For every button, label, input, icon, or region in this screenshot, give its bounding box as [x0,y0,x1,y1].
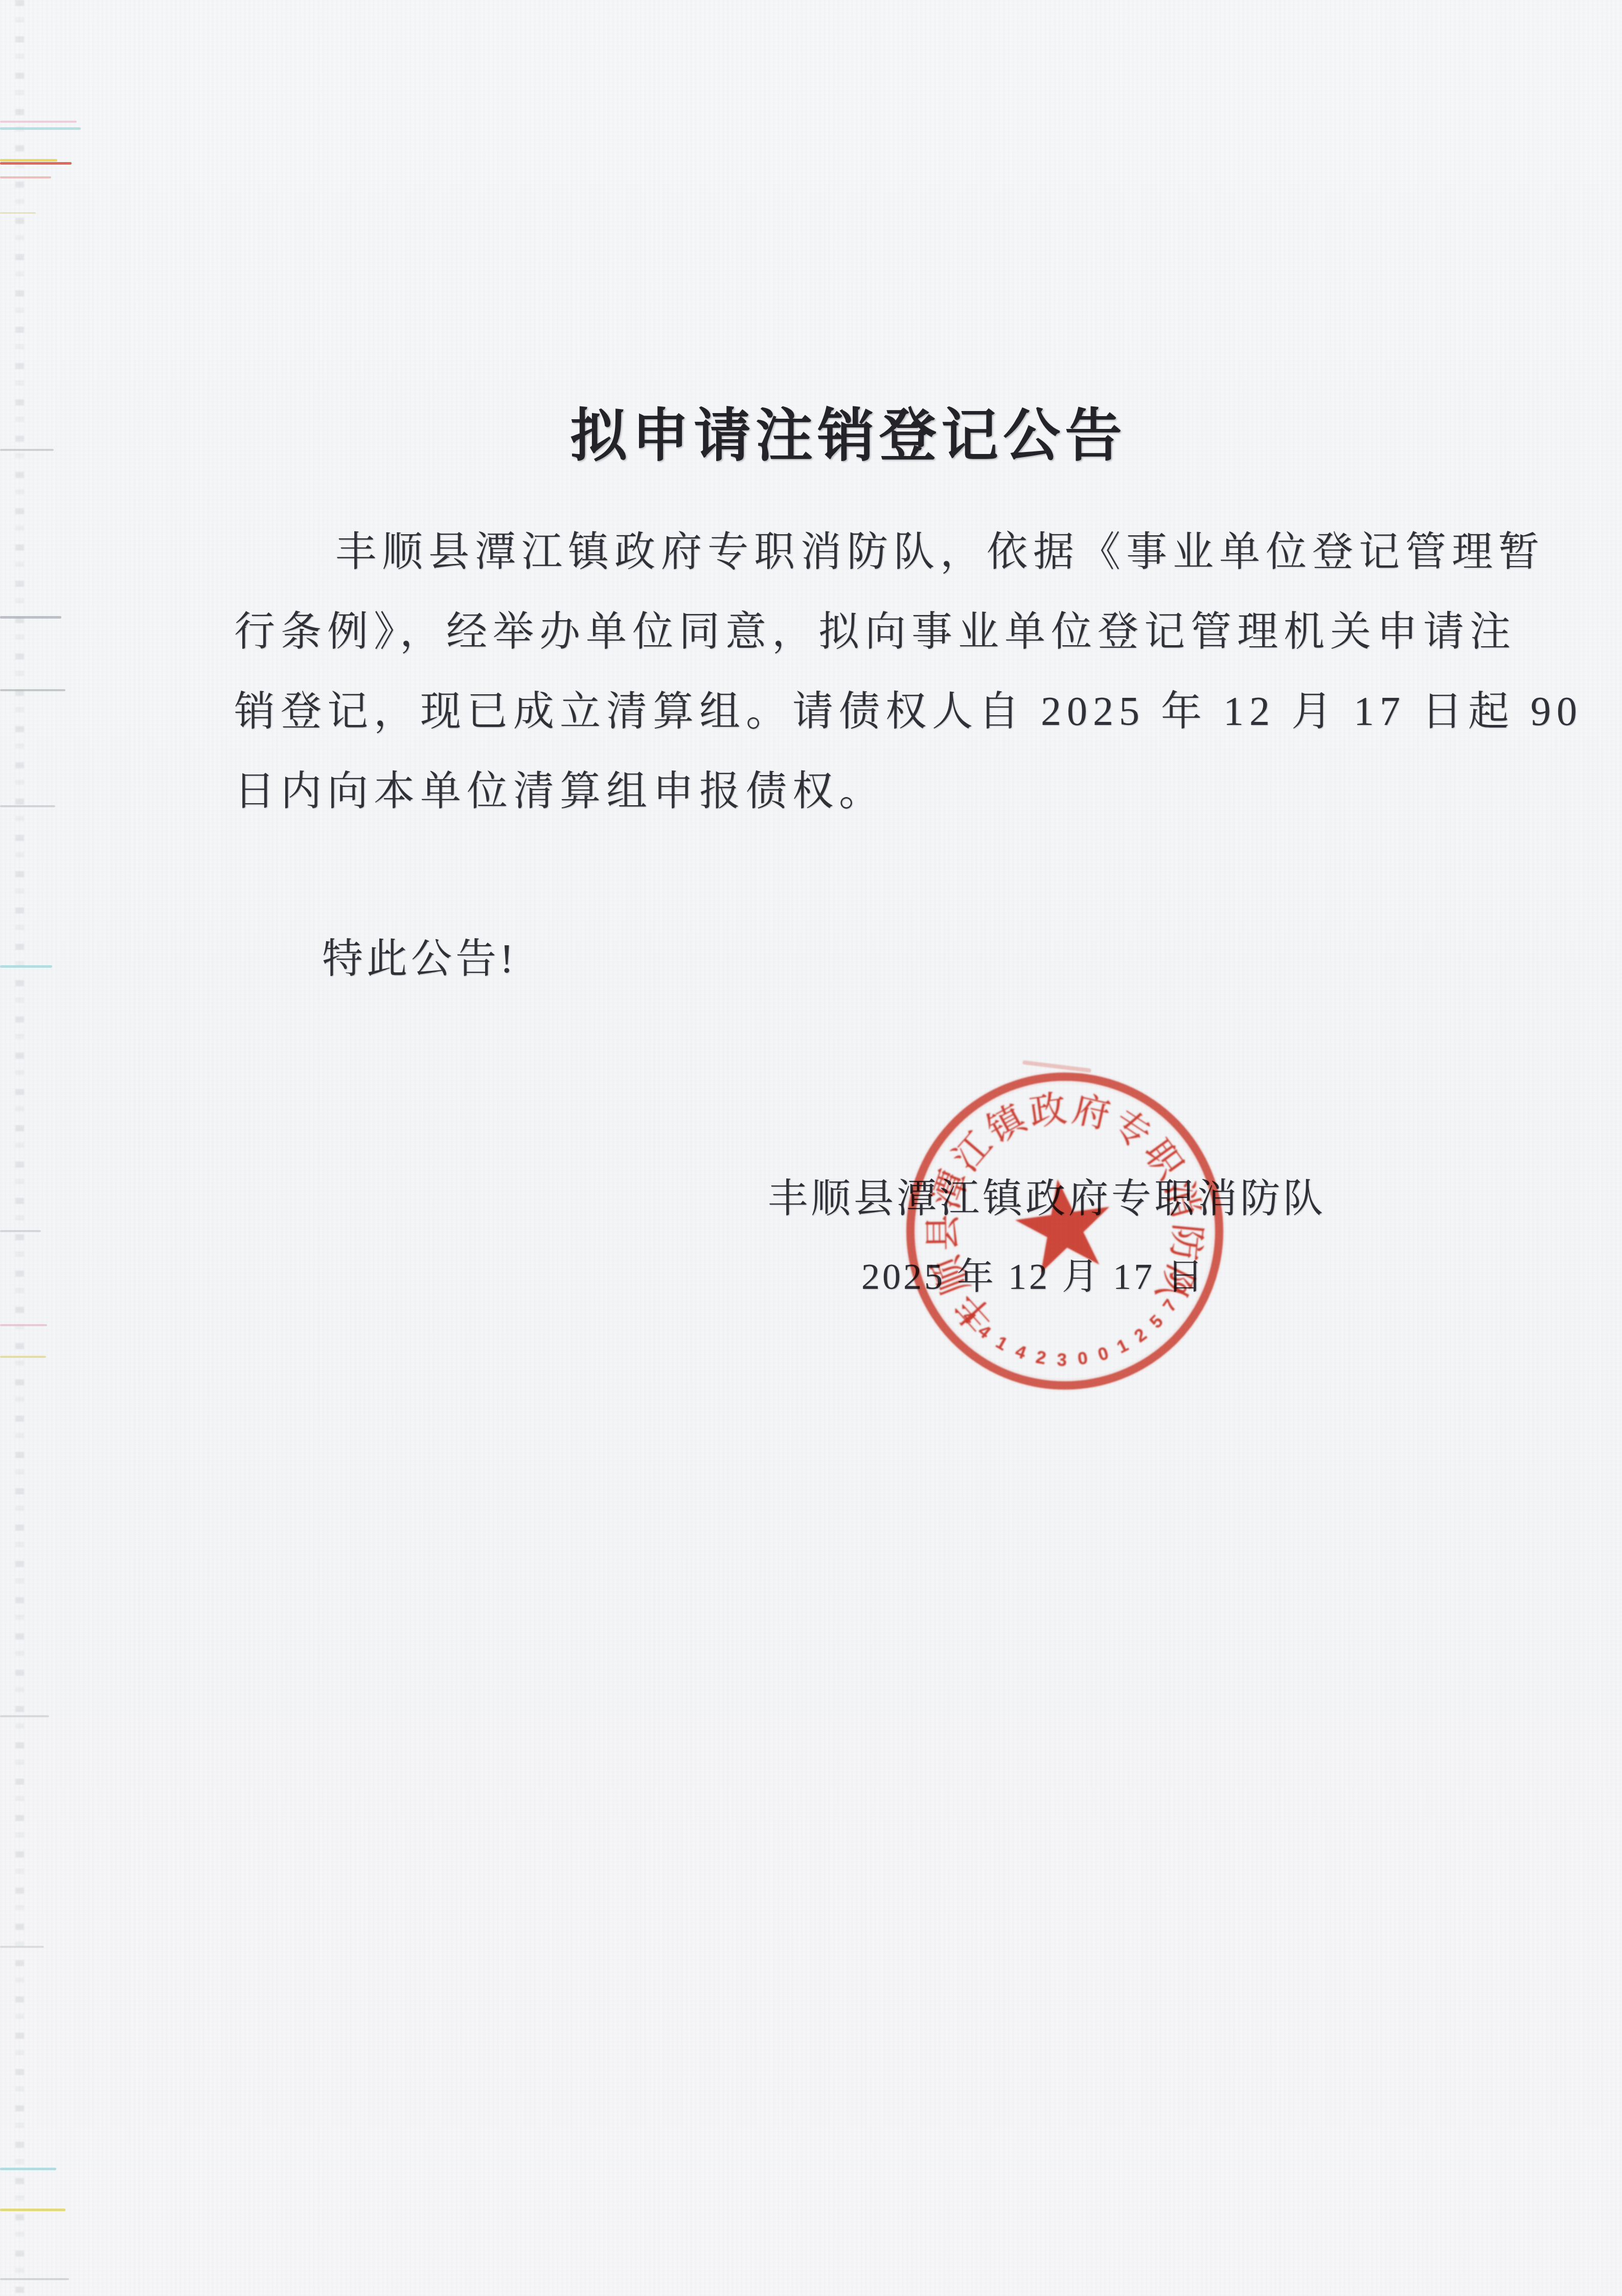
seal-ink-smudge [1022,1060,1091,1073]
page-title: 拟申请注销登记公告 [570,390,1127,472]
seal-arc-char: 县 [925,1214,962,1251]
scan-artifact [0,1230,41,1232]
scan-artifact [0,2209,65,2211]
paragraph-line: 行条例》，经举办单位同意，拟向事业单位登记管理机关申请注 [234,611,1471,652]
scan-artifact [0,1715,49,1717]
scanned-document-page: 拟申请注销登记公告 丰顺县潭江镇政府专职消防队，依据《事业单位登记管理暂 行条例… [0,0,1622,2296]
seal-arc-char: 防 [1166,1222,1206,1262]
scan-artifact [0,162,72,165]
paragraph-line: 丰顺县潭江镇政府专职消防队，依据《事业单位登记管理暂 [234,532,1572,573]
scan-artifact [0,616,61,619]
scan-artifact [0,127,81,130]
scan-artifact [0,1946,44,1948]
scanner-streak-column [15,0,24,2296]
scan-artifact [0,176,51,178]
scan-artifact [0,449,54,451]
scan-artifact [0,212,36,214]
seal-arc-char: 政 [1027,1090,1068,1131]
seal-arc-char: 府 [1069,1090,1113,1134]
official-seal: ★ 丰顺县潭江镇政府专职消防队 4414230012570 [886,1052,1244,1410]
scan-artifact [0,965,52,968]
star-icon: ★ [1000,1157,1128,1295]
scan-artifact [0,805,55,807]
paragraph-line: 销登记，现已成立清算组。请债权人自 2025 年 12 月 17 日起 90 [234,691,1471,732]
paragraph-line: 日内向本单位清算组申报债权。 [234,771,1471,812]
scan-artifact [0,2278,69,2280]
scan-artifact [0,689,65,691]
closing-statement: 特此公告! [322,925,517,984]
scan-artifact [0,1324,47,1326]
seal-number-digit: 3 [1057,1351,1067,1369]
scan-artifact [0,159,57,162]
scan-artifact [0,121,77,123]
scan-artifact [0,2168,56,2170]
scan-artifact [0,1356,46,1358]
